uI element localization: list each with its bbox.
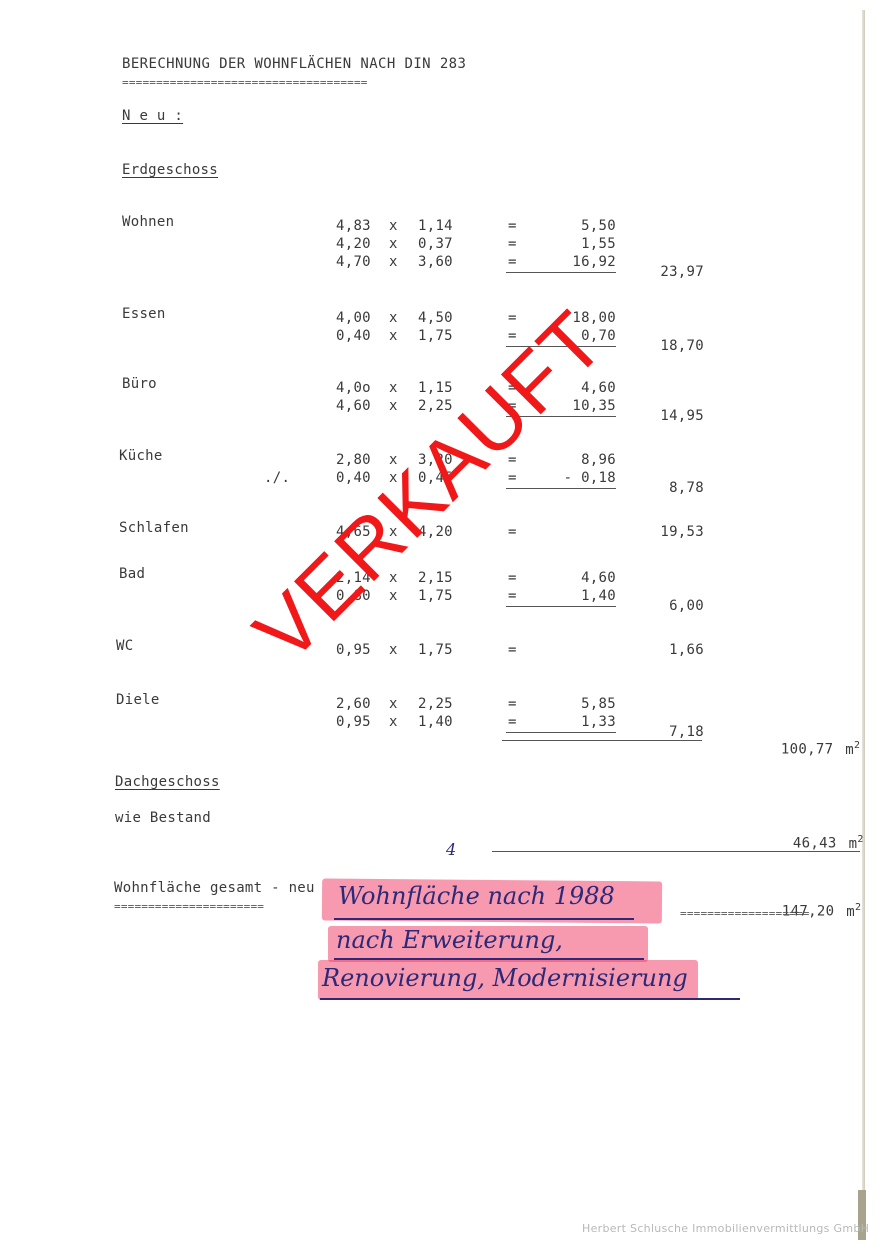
unit-label: m: [845, 742, 854, 758]
unit-exponent: 2: [857, 834, 863, 845]
line-area: 1,33: [556, 714, 616, 730]
dimension-length: 4,00: [336, 310, 371, 326]
handwritten-line-2: nach Erweiterung,: [336, 926, 563, 954]
footer-company: Herbert Schlusche Immobilienvermittlungs…: [582, 1222, 869, 1235]
room-total: 23,97: [644, 264, 704, 280]
room-name: Küche: [119, 448, 163, 464]
equals-sign: =: [508, 714, 517, 730]
multiply-sign: x: [389, 236, 398, 252]
dimension-width: 1,75: [418, 642, 453, 658]
unit-label: m: [849, 836, 858, 852]
equals-sign: =: [508, 588, 517, 604]
subtotal-rule: [506, 732, 616, 733]
dimension-width: 1,40: [418, 714, 453, 730]
multiply-sign: x: [389, 380, 398, 396]
room-name: Schlafen: [119, 520, 189, 536]
equals-sign: =: [508, 524, 517, 540]
multiply-sign: x: [389, 254, 398, 270]
deduction-marker: ./.: [264, 470, 290, 486]
room-name: Büro: [122, 376, 157, 392]
line-area: 5,85: [556, 696, 616, 712]
room-total: 14,95: [644, 408, 704, 424]
room-total: 1,66: [644, 642, 704, 658]
multiply-sign: x: [389, 218, 398, 234]
subtotal-rule: [506, 488, 616, 489]
handwritten-mark: 4: [446, 840, 456, 859]
dimension-width: 1,14: [418, 218, 453, 234]
sold-stamp: VERKAUFT: [237, 293, 624, 680]
grand-total-label: Wohnfläche gesamt - neu: [114, 880, 315, 896]
handwritten-underline: [334, 918, 634, 920]
room-total: 19,53: [644, 524, 704, 540]
dimension-length: 0,95: [336, 714, 371, 730]
multiply-sign: x: [389, 642, 398, 658]
line-area: 8,96: [556, 452, 616, 468]
room-total: 18,70: [644, 338, 704, 354]
multiply-sign: x: [389, 310, 398, 326]
dimension-length: 4,20: [336, 236, 371, 252]
equals-sign: =: [508, 218, 517, 234]
line-area: - 0,18: [556, 470, 616, 486]
line-area: 5,50: [556, 218, 616, 234]
dimension-width: 3,60: [418, 254, 453, 270]
dachgeschoss-note: wie Bestand: [115, 810, 211, 826]
document-title: BERECHNUNG DER WOHNFLÄCHEN NACH DIN 283: [122, 56, 466, 72]
floor-heading-erdgeschoss: Erdgeschoss: [122, 162, 218, 178]
room-total: 6,00: [644, 598, 704, 614]
dimension-width: 1,75: [418, 588, 453, 604]
handwritten-line-3: Renovierung, Modernisierung: [322, 964, 688, 992]
equals-sign: =: [508, 236, 517, 252]
subtotal-rule: [506, 606, 616, 607]
multiply-sign: x: [389, 328, 398, 344]
dimension-length: 4,70: [336, 254, 371, 270]
grand-total-rule: ===================: [680, 907, 860, 920]
room-total: 8,78: [644, 480, 704, 496]
multiply-sign: x: [389, 714, 398, 730]
dimension-width: 1,75: [418, 328, 453, 344]
room-name: WC: [116, 638, 133, 654]
floor-total-dachgeschoss: 46,43m2: [758, 818, 864, 868]
line-area: 1,40: [556, 588, 616, 604]
floor-total-erdgeschoss: 100,77m2: [746, 724, 860, 774]
subtotal-rule: [506, 272, 616, 273]
dimension-width: 2,15: [418, 570, 453, 586]
handwritten-line-1: Wohnfläche nach 1988: [338, 882, 615, 910]
equals-sign: =: [508, 310, 517, 326]
handwritten-underline: [320, 998, 740, 1000]
dimension-length: 0,95: [336, 642, 371, 658]
line-area: 4,60: [556, 570, 616, 586]
section-label-neu: N e u :: [122, 108, 183, 124]
dimension-length: 4,0o: [336, 380, 371, 396]
page-edge-shadow: [862, 10, 865, 1210]
dimension-width: 1,15: [418, 380, 453, 396]
handwritten-underline: [334, 958, 644, 960]
equals-sign: =: [508, 254, 517, 270]
sum-rule: [492, 851, 860, 852]
floor-total-value: 100,77: [781, 742, 833, 758]
dimension-length: 0,40: [336, 328, 371, 344]
equals-sign: =: [508, 696, 517, 712]
room-name: Bad: [119, 566, 145, 582]
equals-sign: =: [508, 570, 517, 586]
line-area: 16,92: [556, 254, 616, 270]
floor-total-value: 46,43: [793, 836, 837, 852]
unit-exponent: 2: [854, 740, 860, 751]
title-underline: ====================================: [122, 76, 474, 89]
room-total: 7,18: [644, 724, 704, 740]
dimension-length: 4,60: [336, 398, 371, 414]
equals-sign: =: [508, 642, 517, 658]
dimension-width: 4,50: [418, 310, 453, 326]
room-name: Wohnen: [122, 214, 174, 230]
room-name: Essen: [122, 306, 166, 322]
scanned-page: BERECHNUNG DER WOHNFLÄCHEN NACH DIN 283 …: [0, 0, 880, 1254]
dimension-length: 2,60: [336, 696, 371, 712]
floor-total-rule: [502, 740, 702, 741]
line-area: 1,55: [556, 236, 616, 252]
multiply-sign: x: [389, 696, 398, 712]
dimension-width: 2,25: [418, 696, 453, 712]
dimension-length: 4,83: [336, 218, 371, 234]
room-name: Diele: [116, 692, 160, 708]
multiply-sign: x: [389, 398, 398, 414]
grand-total-label-underline: ======================: [114, 900, 319, 913]
dimension-width: 0,37: [418, 236, 453, 252]
floor-heading-dachgeschoss: Dachgeschoss: [115, 774, 220, 790]
dimension-length: 2,80: [336, 452, 371, 468]
